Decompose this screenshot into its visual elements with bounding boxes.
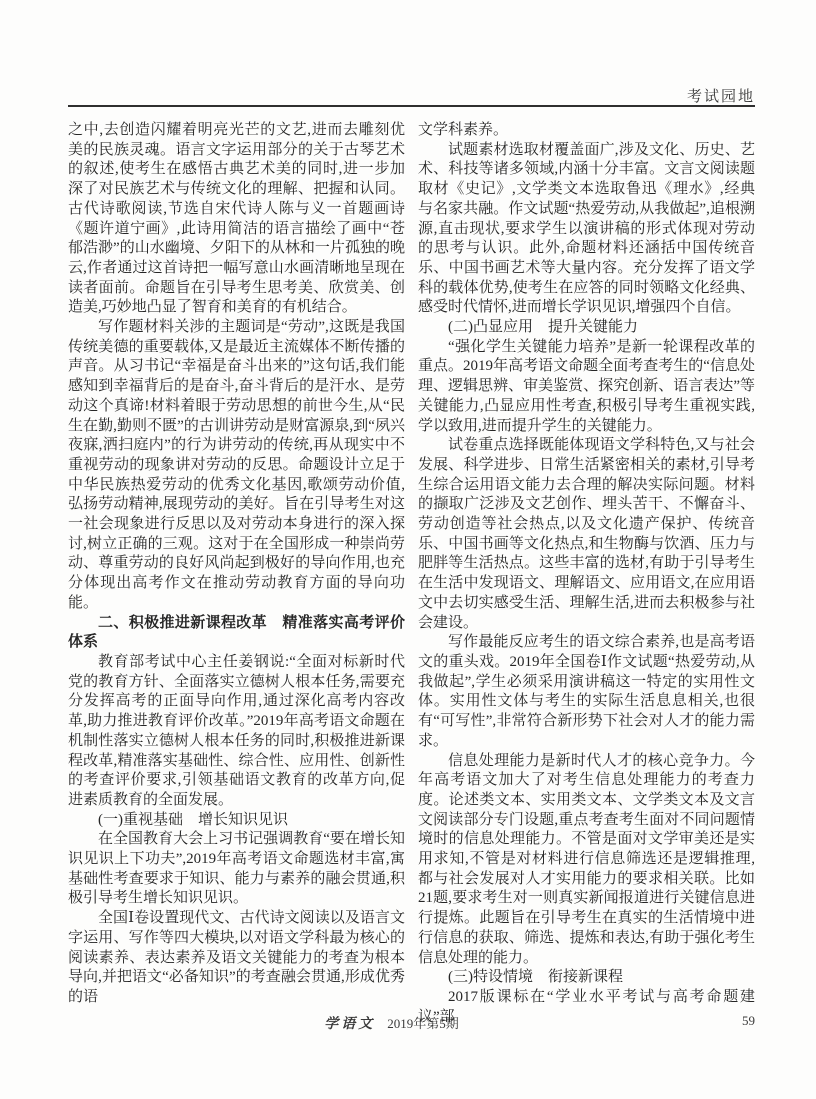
page-header-section-title: 考试园地	[687, 85, 755, 106]
paragraph-continuation: 文学科素养。	[418, 121, 755, 141]
footer-journal-info: 学语文2019年第5期	[68, 1013, 715, 1033]
paragraph: 试题素材选取材覆盖面广,涉及文化、历史、艺术、科技等诸多领域,内涵十分丰富。文言…	[418, 141, 755, 318]
journal-issue: 2019年第5期	[387, 1016, 459, 1031]
paragraph: 教育部考试中心主任姜钢说:“全面对标新时代党的教育方针、全面落实立德树人根本任务…	[68, 653, 405, 811]
subsection-heading: (一)重视基础 增长知识见识	[68, 811, 405, 831]
magazine-page: 考试园地 之中,去创造闪耀着明亮光芒的文艺,进而去雕刻优美的民族灵魂。语言文字运…	[0, 0, 816, 1099]
paragraph: 写作最能反应考生的语文综合素养,也是高考语文的重头戏。2019年全国卷Ⅰ作文试题…	[418, 633, 755, 751]
page-number: 59	[742, 1013, 755, 1029]
journal-name: 学语文	[324, 1017, 375, 1032]
paragraph: 试卷重点选择既能体现语文学科特色,又与社会发展、科学进步、日常生活紧密相关的素材…	[418, 436, 755, 633]
subsection-heading: (二)凸显应用 提升关键能力	[418, 318, 755, 338]
right-column: 文学科素养。 试题素材选取材覆盖面广,涉及文化、历史、艺术、科技等诸多领域,内涵…	[418, 121, 755, 1027]
section-heading: 二、积极推进新课程改革 精准落实高考评价体系	[68, 614, 405, 653]
paragraph: 信息处理能力是新时代人才的核心竞争力。今年高考语文加大了对考生信息处理能力的考查…	[418, 752, 755, 969]
paragraph: 在全国教育大会上习书记强调教育“要在增长知识见识上下功夫”,2019年高考语文命…	[68, 830, 405, 909]
paragraph-continuation: 之中,去创造闪耀着明亮光芒的文艺,进而去雕刻优美的民族灵魂。语言文字运用部分的关…	[68, 121, 405, 318]
article-body: 之中,去创造闪耀着明亮光芒的文艺,进而去雕刻优美的民族灵魂。语言文字运用部分的关…	[68, 121, 755, 1027]
header-rule	[68, 105, 755, 107]
paragraph: 写作题材料关涉的主题词是“劳动”,这既是我国传统美德的重要载体,又是最近主流媒体…	[68, 318, 405, 614]
left-column: 之中,去创造闪耀着明亮光芒的文艺,进而去雕刻优美的民族灵魂。语言文字运用部分的关…	[68, 121, 405, 1027]
paragraph: 全国Ⅰ卷设置现代文、古代诗文阅读以及语言文字运用、写作等四大模块,以对语文学科最…	[68, 909, 405, 1008]
page-footer: 学语文2019年第5期 59	[68, 1013, 755, 1033]
subsection-heading: (三)特设情境 衔接新课程	[418, 968, 755, 988]
paragraph: “强化学生关键能力培养”是新一轮课程改革的重点。2019年高考语文命题全面考查考…	[418, 338, 755, 437]
